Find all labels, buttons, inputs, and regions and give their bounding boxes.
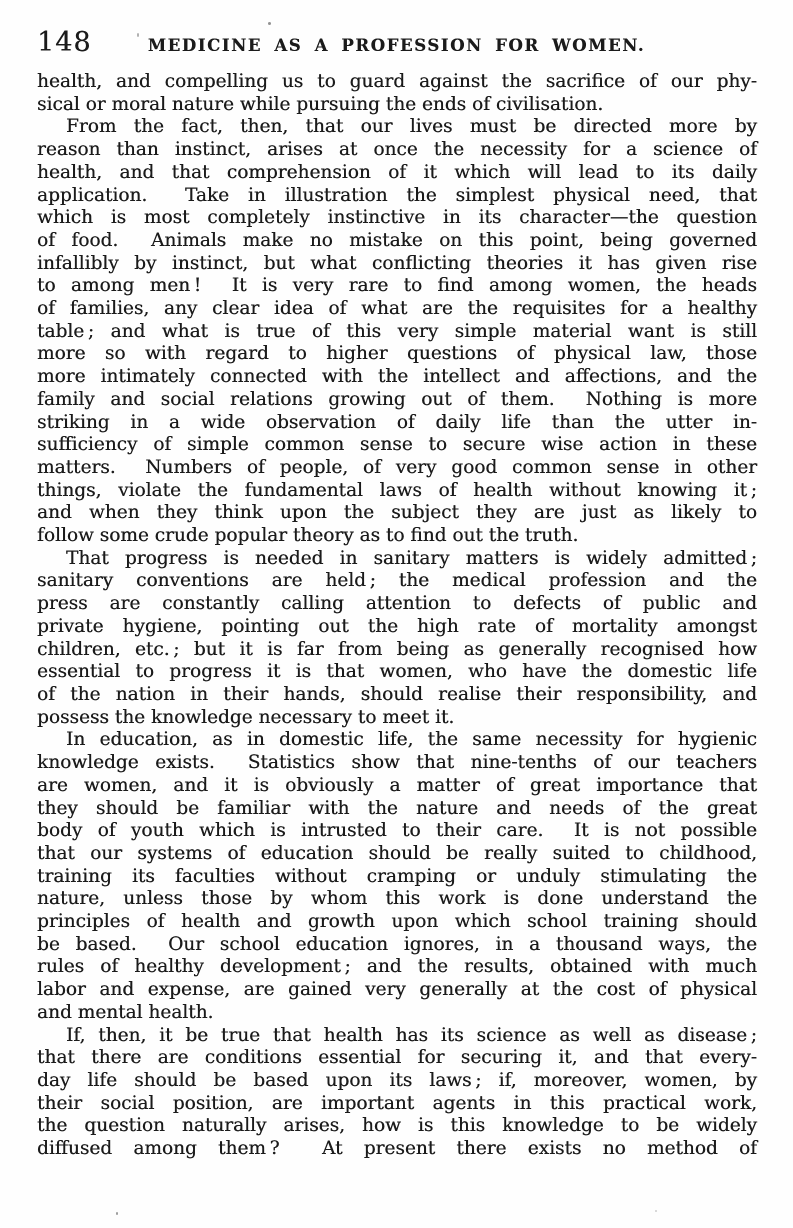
text-line: rules of healthy development ; and the r…	[37, 956, 757, 979]
text-line: private hygiene, pointing out the high r…	[37, 616, 757, 639]
scan-speck	[268, 22, 271, 25]
text-line: follow some crude popular theory as to f…	[37, 525, 757, 548]
book-page: 148 MEDICINE AS A PROFESSION FOR WOMEN. …	[0, 0, 793, 1228]
scan-speck	[655, 1210, 657, 1212]
paragraph: From the fact, then, that our lives must…	[37, 116, 757, 547]
text-line: they should be familiar with the nature …	[37, 798, 757, 821]
text-line: be based. Our school education ignores, …	[37, 934, 757, 957]
text-line: things, violate the fundamental laws of …	[37, 480, 757, 503]
text-line: sical or moral nature while pursuing the…	[37, 94, 757, 117]
scan-speck	[137, 33, 139, 37]
text-line: the question naturally arises, how is th…	[37, 1115, 757, 1138]
text-line: their social position, are important age…	[37, 1093, 757, 1116]
running-head: MEDICINE AS A PROFESSION FOR WOMEN.	[0, 36, 793, 55]
text-line: sanitary conventions are held ; the medi…	[37, 570, 757, 593]
text-line: family and social relations growing out …	[37, 389, 757, 412]
text-line: body of youth which is intrusted to thei…	[37, 820, 757, 843]
text-line: of food. Animals make no mistake on this…	[37, 230, 757, 253]
text-line: striking in a wide observation of daily …	[37, 412, 757, 435]
text-line: that there are conditions essential for …	[37, 1047, 757, 1070]
text-line: which is most completely instinctive in …	[37, 207, 757, 230]
text-line: children, etc. ; but it is far from bein…	[37, 639, 757, 662]
paragraph: If, then, it be true that health has its…	[37, 1025, 757, 1161]
paragraph: That progress is needed in sanitary matt…	[37, 548, 757, 730]
paragraph: In education, as in domestic life, the s…	[37, 729, 757, 1024]
text-line: to among men ! It is very rare to find a…	[37, 275, 757, 298]
text-line: health, and compelling us to guard again…	[37, 71, 757, 94]
scan-speck	[116, 1212, 118, 1215]
text-line: If, then, it be true that health has its…	[37, 1025, 757, 1048]
text-line: knowledge exists. Statistics show that n…	[37, 752, 757, 775]
text-line: nature, unless those by whom this work i…	[37, 888, 757, 911]
text-line: reason than instinct, arises at once the…	[37, 139, 757, 162]
text-line: are women, and it is obviously a matter …	[37, 775, 757, 798]
text-line: That progress is needed in sanitary matt…	[37, 548, 757, 571]
text-line: possess the knowledge necessary to meet …	[37, 707, 757, 730]
text-line: training its faculties without cramping …	[37, 866, 757, 889]
text-line: press are constantly calling attention t…	[37, 593, 757, 616]
text-line: of the nation in their hands, should rea…	[37, 684, 757, 707]
text-line: of families, any clear idea of what are …	[37, 298, 757, 321]
text-line: and mental health.	[37, 1002, 757, 1025]
text-line: matters. Numbers of people, of very good…	[37, 457, 757, 480]
text-line: essential to progress it is that women, …	[37, 661, 757, 684]
text-line: that our systems of education should be …	[37, 843, 757, 866]
text-line: table ; and what is true of this very si…	[37, 321, 757, 344]
text-line: labor and expense, are gained very gener…	[37, 979, 757, 1002]
text-line: application. Take in illustration the si…	[37, 185, 757, 208]
text-line: diffused among them ? At present there e…	[37, 1138, 757, 1161]
text-line: more so with regard to higher questions …	[37, 343, 757, 366]
text-line: health, and that comprehension of it whi…	[37, 162, 757, 185]
text-line: sufficiency of simple common sense to se…	[37, 434, 757, 457]
text-line: infallibly by instinct, but what conflic…	[37, 253, 757, 276]
text-line: From the fact, then, that our lives must…	[37, 116, 757, 139]
text-line: day life should be based upon its laws ;…	[37, 1070, 757, 1093]
page-body: health, and compelling us to guard again…	[37, 71, 757, 1161]
text-line: principles of health and growth upon whi…	[37, 911, 757, 934]
text-line: In education, as in domestic life, the s…	[37, 729, 757, 752]
text-line: more intimately connected with the intel…	[37, 366, 757, 389]
text-line: and when they think upon the subject the…	[37, 502, 757, 525]
paragraph: health, and compelling us to guard again…	[37, 71, 757, 116]
